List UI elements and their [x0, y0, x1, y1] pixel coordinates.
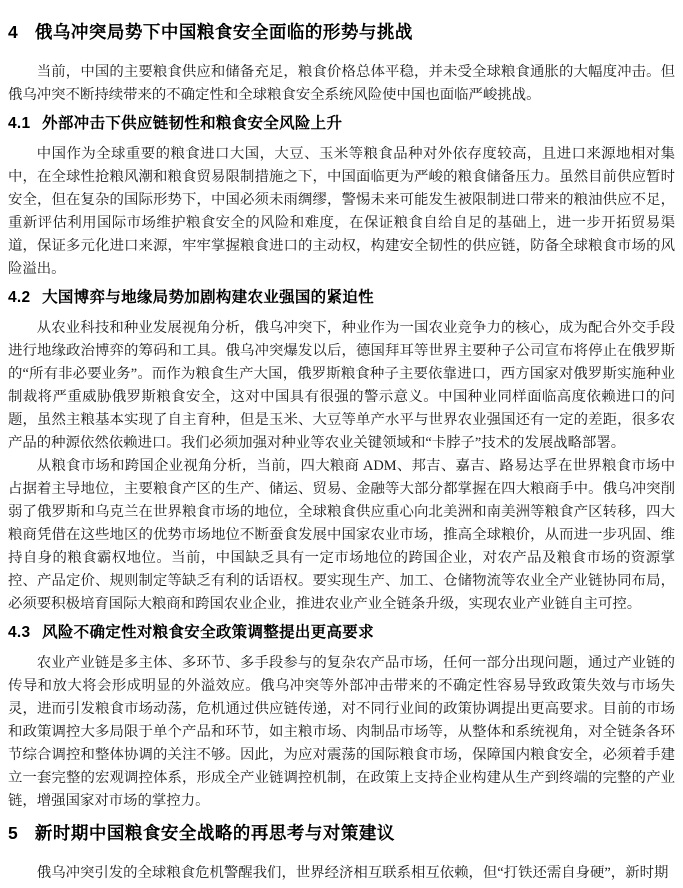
section-number: 4.1 [8, 115, 30, 132]
paper-page: 4俄乌冲突局势下中国粮食安全面临的形势与挑战 当前，中国的主要粮食供应和储备充足… [0, 0, 683, 888]
paragraph: 从农业科技和种业发展视角分析，俄乌冲突下，种业作为一国农业竞争力的核心，成为配合… [8, 317, 675, 455]
section-number: 4.3 [8, 624, 30, 641]
section-title: 大国博弈与地缘局势加剧构建农业强国的紧迫性 [42, 289, 374, 306]
section-title: 风险不确定性对粮食安全政策调整提出更高要求 [42, 624, 374, 641]
paragraph: 俄乌冲突引发的全球粮食危机警醒我们，世界经济相互联系相互依赖，但“打铁还需自身硬… [8, 862, 675, 885]
section-title: 新时期中国粮食安全战略的再思考与对策建议 [35, 823, 395, 843]
section-4-1-heading: 4.1外部冲击下供应链韧性和粮食安全风险上升 [8, 114, 675, 133]
section-5-heading: 5新时期中国粮食安全战略的再思考与对策建议 [8, 823, 675, 844]
section-4-3-heading: 4.3风险不确定性对粮食安全政策调整提出更高要求 [8, 623, 675, 642]
section-4-1: 4.1外部冲击下供应链韧性和粮食安全风险上升 中国作为全球重要的粮食进口大国，大… [8, 114, 675, 281]
paragraph: 从粮食市场和跨国企业视角分析，当前，四大粮商 ADM、邦吉、嘉吉、路易达孚在世界… [8, 455, 675, 616]
section-5: 5新时期中国粮食安全战略的再思考与对策建议 俄乌冲突引发的全球粮食危机警醒我们，… [8, 823, 675, 885]
section-number: 4.2 [8, 289, 30, 306]
section-title: 外部冲击下供应链韧性和粮食安全风险上升 [42, 115, 342, 132]
section-title: 俄乌冲突局势下中国粮食安全面临的形势与挑战 [35, 22, 413, 42]
paragraph: 中国作为全球重要的粮食进口大国，大豆、玉米等粮食品种对外依存度较高，且进口来源地… [8, 143, 675, 281]
section-4-2: 4.2大国博弈与地缘局势加剧构建农业强国的紧迫性 从农业科技和种业发展视角分析，… [8, 288, 675, 616]
section-4-2-heading: 4.2大国博弈与地缘局势加剧构建农业强国的紧迫性 [8, 288, 675, 307]
section-number: 4 [8, 22, 18, 42]
section-4-heading: 4俄乌冲突局势下中国粮食安全面临的形势与挑战 [8, 22, 675, 43]
paragraph: 农业产业链是多主体、多环节、多手段参与的复杂农产品市场，任何一部分出现问题，通过… [8, 652, 675, 813]
section-4-3: 4.3风险不确定性对粮食安全政策调整提出更高要求 农业产业链是多主体、多环节、多… [8, 623, 675, 813]
section-number: 5 [8, 823, 18, 843]
paragraph: 当前，中国的主要粮食供应和储备充足，粮食价格总体平稳，并未受全球粮食通胀的大幅度… [8, 61, 675, 107]
section-4: 4俄乌冲突局势下中国粮食安全面临的形势与挑战 当前，中国的主要粮食供应和储备充足… [8, 22, 675, 107]
